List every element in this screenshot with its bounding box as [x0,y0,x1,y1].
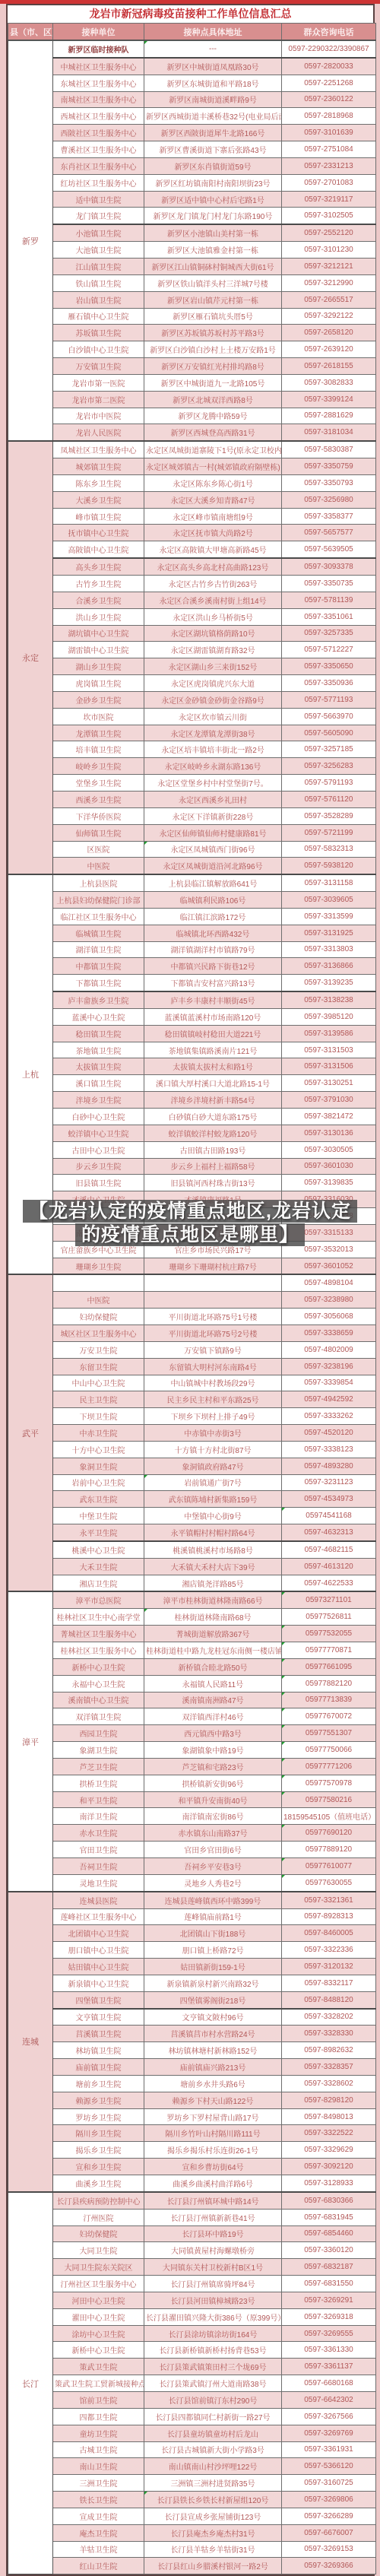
table-row: 永定凤城社区卫生服务中心永定区凤城街道寨陵下1号(原永定卫校内)0597-583… [8,441,376,458]
header-address: 接种点具体地址 [144,24,282,41]
table-row: 中山中心卫生院中山镇城中村教场段29号0597-3339854 [8,1375,376,1391]
unit-cell: 中医院 [53,1292,144,1309]
phone-cell: 0597-3601052 [282,1258,376,1274]
address-cell: 永定区城郊镇古一村(城郊镇政府隔壁栋) [144,458,282,475]
table-row: 大禾卫生院大禾镇大禾村大店下39号0597-4613120 [8,1558,376,1575]
phone-cell: 05977551307 [282,1725,376,1742]
table-row: 大溪乡卫生院永定区大溪乡知青路47号0597-3256980 [8,491,376,508]
table-row: 武平0597-4898104 [8,1274,376,1291]
unit-cell: 莒溪镇卫生院 [53,2026,144,2042]
unit-cell: 湖雷镇中心卫生院 [53,642,144,658]
address-cell: 长汀县铁长乡铁长村新屋组120号 [144,2492,282,2508]
comment-tick-icon [282,1775,285,1778]
unit-cell: 新罗区临时接种队 [53,40,144,58]
phone-cell: 0597-5781139 [282,592,376,608]
address-cell: 永定区高陂镇大甲塘高新路45号 [144,541,282,558]
table-row: 揭乐乡卫生院揭乐乡揭乐村乐连街26-1号0597-3329629 [8,2142,376,2159]
phone-cell: 0597-3360120 [282,2242,376,2259]
address-cell: 和平镇升安南街40号 [144,1791,282,1808]
table-row: 赤水卫生院赤水镇东山南路37号05977690120 [8,1825,376,1842]
address-cell: 长汀县古城镇新大街小学路3号 [144,2441,282,2458]
phone-cell: 0597-5366120 [282,2458,376,2475]
unit-cell: 中城社区卫生服务中心 [53,58,144,75]
phone-cell: 05977570978 [282,1775,376,1791]
phone-cell: 0597-3082833 [282,374,376,391]
unit-cell: 罗坊乡卫生院 [53,2108,144,2125]
table-row: 庵杰卫生院长汀县庵杰乡庵杰村31号0597-6676007 [8,2524,376,2541]
unit-cell: 妇幼保健院 [53,1309,144,1325]
table-row: 下坝卫生院下坝乡下坝村上排子49号0597-3333262 [8,1408,376,1425]
unit-cell: 岩山镇卫生院 [53,291,144,308]
table-row: 吾祠卫生院吾祠乡平安巷3号05977610077 [8,1857,376,1874]
phone-cell: 0597-3212121 [282,258,376,274]
table-header: 县（市、区） 接种单位 接种点具体地址 群众咨询电话 [8,24,376,41]
address-cell: 岩前镇通广街7号 [144,1474,282,1491]
phone-cell: 0597-3358377 [282,508,376,525]
address-cell: 永定区峰市镇南塘组9号 [144,508,282,525]
phone-cell: 0597-8488120 [282,1991,376,2008]
address-cell: 长汀县馆前镇汀东村290号 [144,2391,282,2408]
address-cell: 新罗区小池镇山美村第一栋 [144,224,282,241]
unit-cell: 揭乐乡卫生院 [53,2142,144,2159]
table-row: 涂坊中心卫生院长汀县涂坊镇涂坊街164号0597-3269555 [8,2325,376,2342]
address-cell [144,1292,282,1309]
table-row: 仙师镇卫生院永定区仙师镇仙师村健康路81号0597-5721199 [8,824,376,841]
address-cell: 永平镇帽村村帽村路64号 [144,1524,282,1541]
unit-cell: 四堡镇卫生院 [53,1991,144,2008]
table-row: 上杭县妇幼保健院门诊部临城镇利民路106号0597-3039605 [8,892,376,909]
phone-cell: 0597-3131158 [282,874,376,891]
table-row: 莲峰社区卫生服务中心莲峰镇庙前路1号0597-8928313 [8,1908,376,1925]
table-row: 南洋卫生院南洋镇南宏街86号18159545105（值班电话） [8,1808,376,1825]
phone-cell: 0597-3131506 [282,1058,376,1075]
table-row: 民主卫生院民主乡民主村和平东路25号0597-4942592 [8,1391,376,1408]
address-cell: 临江镇江滨路172号 [144,908,282,925]
table-row: 濯田中心卫生院长汀县濯田镇兴隆大街386号（原399号）0597-3269318 [8,2308,376,2325]
phone-cell: 0597-3532013 [282,1241,376,1258]
table-row: 临城镇卫生院临城镇北环西路432号0597-3131925 [8,925,376,941]
address-cell: 长汀县环中路19号 [144,2225,282,2242]
phone-cell: 0597-3313803 [282,941,376,958]
unit-cell: 万安卫生院 [53,1341,144,1358]
unit-cell: 茶地镇卫生院 [53,1042,144,1058]
phone-cell: 0597-4682115 [282,1541,376,1558]
address-cell: 新罗区铁山镇洋头村三洋城7号楼 [144,274,282,291]
address-cell: 长汀县汀州镇新新巷41号 [144,2209,282,2225]
phone-cell: 0597-3821472 [282,1109,376,1125]
unit-cell: 策武卫生院工贸新城接种点 [53,2375,144,2392]
table-row: 珊瑚乡卫生院珊瑚乡下珊瑚村杭庄路7号0597-3601052 [8,1258,376,1274]
address-cell: 太拔镇太拔村太和路1号 [144,1058,282,1075]
table-row: 苏坂镇卫生院新罗区苏坂镇苏坂村苏平路3号0597-2658120 [8,325,376,341]
phone-cell: 05977750066 [282,1742,376,1759]
comment-tick-icon [282,1676,285,1679]
header-district: 县（市、区） [8,24,53,41]
district-cell: 上杭 [8,874,53,1274]
table-row: 蓝溪中心卫生院蓝溪镇蓝溪村市场南路120号0597-3985120 [8,1008,376,1025]
phone-cell: 0597-3328330 [282,2026,376,2042]
phone-cell: 0597-4893280 [282,1458,376,1474]
address-cell: 新罗区适中镇中心村后宅路1号 [144,191,282,208]
unit-cell: 赤水卫生院 [53,1825,144,1842]
table-row: 中城社区卫生服务中心新罗区中城街道凤凰路30号0597-2820033 [8,58,376,75]
phone-cell: 0597-3131503 [282,1042,376,1058]
address-cell: 长汀县新桥镇新桥村扬背巷53号 [144,2342,282,2359]
table-row: 西陂社区卫生服务中心新罗区西陂街道犀牛北路166号0597-3101639 [8,125,376,141]
address-cell: 平川街道北环路75号2号楼 [144,1324,282,1341]
unit-cell: 东肖社区卫生服务中心 [53,157,144,174]
address-cell: 莒溪镇莒市村水营路24号 [144,2026,282,2042]
table-row: 曲溪乡卫生院曲溪乡曲溪村曲洋路6号0597-3128933 [8,2175,376,2192]
unit-cell: 四都卫生院 [53,2408,144,2425]
phone-cell: 0597-5721199 [282,824,376,841]
table-row: 汀州医院长汀县汀州镇新新巷41号0597-6831945 [8,2209,376,2225]
unit-cell: 龙岩人民医院 [53,424,144,441]
table-row: 桂林社区卫生服务中心桂林街道桂中路九龙桂冠东南侧一楼店铺05977770871 [8,1642,376,1659]
unit-cell: 湖坑镇中心卫生院 [53,625,144,642]
phone-cell: 0597-2818968 [282,108,376,125]
unit-cell: 高陂镇中心卫生院 [53,541,144,558]
header-phone: 群众咨询电话 [282,24,376,41]
unit-cell: 汀州医院 [53,2209,144,2225]
unit-cell: 羊牯卫生院 [53,2541,144,2558]
address-cell: 漳平市桂林街道林隆南路66号 [144,1591,282,1608]
phone-cell: 0597-6831550 [282,2276,376,2292]
unit-cell: 官庄畲族乡中心卫生院 [53,1241,144,1258]
comment-tick-icon [144,1475,147,1478]
address-cell: 官田乡官田街6号 [144,1842,282,1858]
phone-cell: 0597-3266289 [282,2508,376,2524]
phone-cell: 0597-2360122 [282,91,376,108]
unit-cell: 合溪乡卫生院 [53,592,144,608]
address-cell: 吾祠乡平安巷3号 [144,1857,282,1874]
unit-cell: 大池镇卫生院 [53,242,144,259]
unit-cell: 万安镇卫生院 [53,358,144,375]
address-cell: 上杭县临江镇解放路641号 [144,874,282,891]
table-row: 东留卫生院东留镇大明村河东南路4号0597-3238196 [8,1358,376,1375]
address-cell: 茶地镇集镇路溪南片121号 [144,1042,282,1058]
address-cell: 林坊镇林塘村新林路152号 [144,2042,282,2059]
address-cell: 新罗区苏坂镇苏坂村苏平路3号 [144,325,282,341]
unit-cell: 象湖卫生院 [53,1742,144,1759]
phone-cell: 0597-3361330 [282,2342,376,2359]
unit-cell: 林坊镇卫生院 [53,2042,144,2059]
address-cell: 新罗区中城街道九一北路105号 [144,374,282,391]
phone-cell: 0597-5832313 [282,841,376,858]
unit-cell: 白砂中心卫生院 [53,1109,144,1125]
table-row: 湖雷镇中心卫生院永定区湖雷镇湖育路32号0597-5712227 [8,642,376,658]
phone-cell: 0597-3350650 [282,658,376,675]
address-cell: 永福镇人民路11号 [144,1675,282,1692]
table-row: 洪山乡卫生院永定区洪山乡马桥街5号0597-3351061 [8,608,376,625]
table-row: 西园卫生院西元镇西中路3号05977551307 [8,1725,376,1742]
district-cell: 武平 [8,1274,53,1591]
unit-cell: 新桥中心卫生院 [53,2342,144,2359]
phone-cell: 0597-3138238 [282,991,376,1008]
unit-cell: 峰市镇卫生院 [53,508,144,525]
address-cell: 新罗区东城街道和平路18号 [144,75,282,91]
unit-cell: 宣和乡卫生院 [53,2159,144,2175]
unit-cell: 通贤镇卫生院 [53,1208,144,1225]
address-cell: 长汀县童坊镇童坊村后龙山 [144,2425,282,2441]
address-cell: 揭乐乡揭乐村乐连街26-1号 [144,2142,282,2159]
table-row: 适中镇卫生院新罗区适中镇中心村后宅路1号0597-3219117 [8,191,376,208]
address-cell: 新罗区东肖镇街道59号 [144,157,282,174]
address-cell: 南山镇南山村沙坪哩122号 [144,2458,282,2475]
address-cell: 新罗区雁石镇坑头厝5号 [144,308,282,325]
phone-cell: 0597-3030505 [282,1141,376,1158]
table-row: 拱桥卫生院拱桥镇新安街96号05977570978 [8,1775,376,1791]
address-cell: 长汀县羊牯乡羊牯街31号 [144,2541,282,2558]
address-cell: 永定区大溪乡知青路47号 [144,491,282,508]
phone-cell: 05977771206 [282,1758,376,1775]
table-row: 陈东乡卫生院永定区陈东乡陈心街1号0597-3350793 [8,474,376,491]
table-row: 新泉镇中心卫生院新泉镇新泉村新兴南路32号0597-8332117 [8,1975,376,1991]
table-row: 蛟洋镇中心卫生院蛟洋镇蛟洋村蛟龙路120号0597-3130136 [8,1125,376,1141]
address-cell: 新罗区白沙镇白沙村上土楼万安路1号 [144,341,282,358]
table-row: 十方中心卫生院十方镇十方村北街87号0597-3338123 [8,1441,376,1458]
table-row: 龙岩市中医院新罗区龙腾中路59号0597-2881629 [8,408,376,424]
table-row: 庙前镇卫生院庙前镇庙兴路213号0597-3328357 [8,2059,376,2076]
address-cell: 临城镇北环西路432号 [144,925,282,941]
phone-cell: 0597-4613120 [282,1558,376,1575]
phone-cell: 0597-3321361 [282,1892,376,1908]
table-row: 万安卫生院万安镇下镇路9号0597-4802009 [8,1341,376,1358]
unit-cell: 西溪乡卫生院 [53,791,144,807]
address-cell: 长汀县河田镇樟城路23号 [144,2292,282,2308]
address-cell: 新罗区岩山镇芹元村第一栋 [144,291,282,308]
phone-cell: 0597-5663970 [282,708,376,725]
table-row: 妇幼保健院平川街道北环路75号1号楼0597-3056068 [8,1309,376,1325]
address-cell: 旧县镇河西村珠吉街13号 [144,1175,282,1191]
unit-cell: 溪口镇卫生院 [53,1075,144,1092]
unit-cell: 西园卫生院 [53,1725,144,1742]
phone-cell: 0597-3231123 [282,1474,376,1491]
unit-cell: 珊瑚乡卫生院 [53,1258,144,1274]
unit-cell: 濯田中心卫生院 [53,2308,144,2325]
unit-cell: 桂林社区卫生中心南学堂 [53,1609,144,1626]
unit-cell: 蓝溪中心卫生院 [53,1008,144,1025]
address-cell: 永定区凤城镇西门街96号 [144,841,282,858]
phone-cell: 0597-3101639 [282,125,376,141]
address-cell: 永定区凤城街道沿河北路96号 [144,858,282,874]
table-row: 龙潭镇卫生院永定区龙潭镇龙潭街38号0597-5605090 [8,725,376,741]
table-row: 塘前乡卫生院塘前乡水井头路6号0597-3328602 [8,2075,376,2092]
address-cell: 大禾镇大禾村大店下39号 [144,1558,282,1575]
address-cell: 稔田镇镇岐村稔田大道221号 [144,1025,282,1042]
table-row: 城郊镇卫生院永定区城郊镇古一村(城郊镇政府隔壁栋)0597-3350759 [8,458,376,475]
phone-cell: 0597-2618155 [282,358,376,375]
address-cell: 南阳镇南阳村汀杭路109号 [144,1224,282,1241]
unit-cell: 曹溪社区卫生服务中心 [53,141,144,158]
address-cell: 大同镇黄屋村海螺墩桥旁 [144,2242,282,2259]
phone-cell: 0597-2820033 [282,58,376,75]
unit-cell: 金砂乡卫生院 [53,691,144,708]
district-cell: 新罗 [8,40,53,441]
comment-tick-icon [282,1642,285,1645]
address-cell: 新罗区中城街道凤凰路30号 [144,58,282,75]
unit-cell: 湘店卫生院 [53,1575,144,1591]
phone-cell: 0597-5605090 [282,725,376,741]
table-row: 汀州社区卫生服务中心长汀县汀州镇席骑坪84号0597-6831550 [8,2276,376,2292]
table-row: 铁长卫生院长汀县铁长乡铁长村新屋组120号0597-3269806 [8,2492,376,2508]
phone-cell: 05977532055 [282,1626,376,1642]
unit-cell: 大禾卫生院 [53,1558,144,1575]
table-row: 临江社区卫生服务中心临江镇江滨路172号0597-3313599 [8,908,376,925]
unit-cell: 苏坂镇卫生院 [53,325,144,341]
comment-tick-icon [282,1742,285,1745]
unit-cell: 稔田镇卫生院 [53,1025,144,1042]
table-row: 坎市医院永定区坎市镇云川街0597-5663970 [8,708,376,725]
phone-cell: 05977889120 [282,1842,376,1858]
address-cell: 新罗区红坊镇南阳村南阳坝街23号 [144,174,282,191]
comment-tick-icon [144,842,147,845]
address-cell: 桃溪镇桃溪村市场路8号 [144,1541,282,1558]
address-cell: 新罗区南城街道溪畔路9号 [144,91,282,108]
table-row: 才溪中心卫生院才溪镇康福路1号0597-3316030 [8,1191,376,1208]
unit-cell: 太拔镇卫生院 [53,1058,144,1075]
address-cell: 姑田镇新街159-1号 [144,1959,282,1975]
address-cell: 朋口镇上桥路72号 [144,1942,282,1959]
unit-cell: 中山中心卫生院 [53,1375,144,1391]
address-cell: 长汀县汀州镇环城中路14号 [144,2192,282,2209]
phone-cell: 0597-3139586 [282,1025,376,1042]
address-cell: 桂林街道桂中路九龙桂冠东南侧一楼店铺 [144,1642,282,1659]
table-row: 旧县镇卫生院旧县镇河西村珠吉街13号0597-3139835 [8,1175,376,1191]
unit-cell: 南洋卫生院 [53,1808,144,1825]
table-row: 永平卫生院永平镇帽村村帽村路64号0597-4632313 [8,1524,376,1541]
phone-cell: 0597-3328202 [282,2009,376,2026]
unit-cell: 象洞卫生院 [53,1458,144,1474]
phone-cell: 05973271101 [282,1591,376,1608]
address-cell: 庙前镇庙兴路213号 [144,2059,282,2076]
address-cell: 长汀县宣成乡张屋铺街123号 [144,2508,282,2524]
unit-cell: 抚市镇中心卫生院 [53,525,144,541]
phone-cell: 0597-3333262 [282,1408,376,1425]
table-row: 抚市镇中心卫生院永定区抚市镇大尚路2号0597-5657577 [8,525,376,541]
phone-cell: 0597-6832187 [282,2259,376,2276]
table-row: 中医院0597-3238980 [8,1292,376,1309]
table-row: 白沙镇中心卫生院新罗区白沙镇白沙村上土楼万安路1号0597-2639120 [8,341,376,358]
unit-cell: 长汀县疾病预防控制中心 [53,2192,144,2209]
table-row: 下洋华侨医院永定区下洋镇新街228号0597-3528289 [8,807,376,824]
phone-cell: 0597-3351061 [282,608,376,625]
address-cell [144,1274,282,1291]
phone-cell: 0597-4898104 [282,1274,376,1291]
phone-cell: 0597-6642302 [282,2391,376,2408]
unit-cell: 古田中心卫生院 [53,1141,144,1158]
unit-cell: 铁山镇卫生院 [53,274,144,291]
address-cell: 永定区湖坑镇格荫路10号 [144,625,282,642]
address-cell: 溪口镇大厚村溪口大道北路15-1号 [144,1075,282,1092]
unit-cell: 古竹乡卫生院 [53,576,144,592]
address-cell: 拱桥镇新安街96号 [144,1775,282,1791]
address-cell: 新罗区西城登高西路31号 [144,424,282,441]
table-row: 区医院永定区凤城镇西门街96号0597-5832313 [8,841,376,858]
address-cell: 永定区仙师镇仙师村健康路81号 [144,824,282,841]
unit-cell: 中赤卫生院 [53,1425,144,1442]
table-row: 象湖卫生院象湖镇象中路19号05977750066 [8,1742,376,1759]
phone-cell: 0597-8982632 [282,2042,376,2059]
address-cell: 新罗区万安镇红光村排坞路8号 [144,358,282,375]
phone-cell: 05977690120 [282,1825,376,1842]
table-row: 虎岗镇卫生院永定区虎岗镇虎兴东大道0597-3350936 [8,675,376,692]
address-cell: 芦芝镇和宅路23号 [144,1758,282,1775]
phone-cell: 0597-3315133 [282,1224,376,1241]
unit-cell: 曲溪乡卫生院 [53,2175,144,2192]
phone-cell: 0597-2881629 [282,408,376,424]
unit-cell: 中医院 [53,858,144,874]
phone-cell: 0597-5791193 [282,775,376,792]
unit-cell: 桂林社区卫生服务中心 [53,1642,144,1659]
unit-cell: 宣成卫生院 [53,2508,144,2524]
address-cell: 东留镇大明村河东南路4号 [144,1358,282,1375]
address-cell: 长汀县涂坊镇涂坊街164号 [144,2325,282,2342]
phone-cell: 05977713839 [282,1692,376,1708]
table-row: 曹溪社区卫生服务中心新罗区曹溪街道下寨后张路43号0597-2751084 [8,141,376,158]
district-cell: 永定 [8,441,53,874]
unit-cell: 下洋华侨医院 [53,807,144,824]
unit-cell: 吾祠卫生院 [53,1857,144,1874]
phone-cell: 0597-2251268 [282,75,376,91]
phone-cell: 0597-6831945 [282,2209,376,2225]
table-row: 隔川乡卫生院隔川乡竹叶山村隔川路111号0597-3322522 [8,2125,376,2142]
unit-cell: 泮境乡卫生院 [53,1092,144,1109]
unit-cell: 城区社区卫生服务中心 [53,1324,144,1341]
table-row: 红坊社区卫生服务中心新罗区红坊镇南阳村南阳坝街23号0597-2701083 [8,174,376,191]
unit-cell: 东留卫生院 [53,1358,144,1375]
address-cell: 永定区洪山乡马桥街5号 [144,608,282,625]
address-cell: 永定区凤城街道寨陵下1号(原永定卫校内) [144,441,282,458]
table-row: 灵地卫生院灵地乡人秀巷2号05977630055 [8,1874,376,1891]
unit-cell: 高头乡卫生院 [53,558,144,575]
phone-cell: 0597-3322336 [282,1942,376,1959]
phone-cell: 05977610077 [282,1857,376,1874]
address-cell: 蓝溪镇蓝溪村市场南路120号 [144,1008,282,1025]
unit-cell: 三洲卫生院 [53,2475,144,2492]
unit-cell: 十方中心卫生院 [53,1441,144,1458]
address-cell: 永定区湖山乡三来街152号 [144,658,282,675]
address-cell: 永定区古竹乡古竹街263号 [144,576,282,592]
unit-cell: 姑田镇中心卫生院 [53,1959,144,1975]
phone-cell: 0597-3039605 [282,892,376,909]
table-row: 新罗新罗区临时接种队---0597-2290322/3390867 [8,40,376,58]
address-cell: 双洋镇西洋村46号 [144,1708,282,1725]
address-cell: 三洲镇三洲村进贤路35号 [144,2475,282,2492]
unit-cell: 庵杰卫生院 [53,2524,144,2541]
table-row: 古城卫生院长汀县古城镇新大街小学路3号0597-3361931 [8,2441,376,2458]
phone-cell: 0597-3130136 [282,1125,376,1141]
unit-cell: 汀州社区卫生服务中心 [53,2276,144,2292]
phone-cell: 0597-3322522 [282,2125,376,2142]
table-row: 东肖社区卫生服务中心新罗区东肖镇街道59号0597-2331213 [8,157,376,174]
phone-cell: 0597-3399124 [282,391,376,408]
table-row: 三洲卫生院三洲镇三洲村进贤路35号0597-3160725 [8,2475,376,2492]
table-row: 岐岭乡卫生院永定区岐岭乡永湖东路136号0597-3256283 [8,758,376,775]
vaccination-table-container: 龙岩市新冠病毒疫苗接种工作单位信息汇总 县（市、区） 接种单位 接种点具体地址 … [6,4,375,2576]
address-cell: 长汀县策武镇汀州大道南路38号 [144,2375,282,2392]
phone-cell: 0597-3601030 [282,1158,376,1175]
address-cell: 湘店镇尧洋路85号 [144,1575,282,1591]
address-cell: 永定区合溪乡溪南村街上组14号 [144,592,282,608]
phone-cell: 0597-3139835 [282,1175,376,1191]
phone-cell: 0597-5830387 [282,441,376,458]
address-cell: 连城县莲峰镇西环中路399号 [144,1892,282,1908]
address-cell: 中山镇城中村教场段29号 [144,1375,282,1391]
unit-cell: 步云乡卫生院 [53,1158,144,1175]
unit-cell: 湖洋镇卫生院 [53,941,144,958]
address-cell: 赤水镇东山南路37号 [144,1825,282,1842]
